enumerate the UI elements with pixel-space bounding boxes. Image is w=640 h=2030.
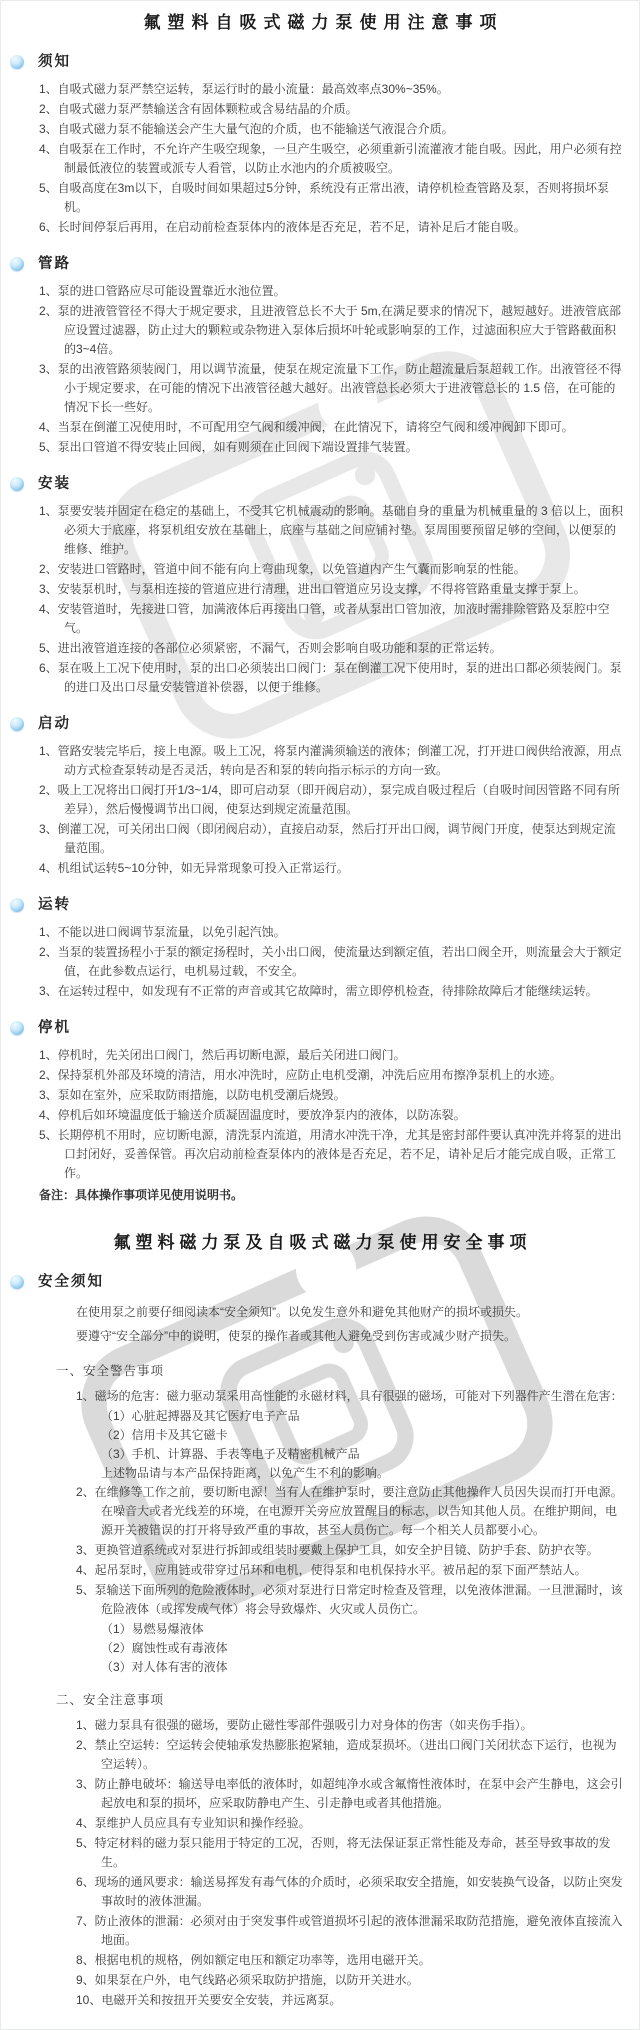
sub-item: （1）心脏起搏器及其它医疗电子产品 [101,1407,627,1426]
safety-group: 一、安全警告事项1、磁场的危害：磁力驱动泵采用高性能的永磁材料，具有很强的磁场，… [1,1362,639,1677]
list-item: 5、进出液管道连接的各部位必须紧密，不漏气，否则会影响自吸功能和泵的正常运转。 [39,639,627,658]
list-item: 2、保持泵机外部及环境的清洁，用水冲洗时，应防止电机受潮，冲洗后应用布擦净泵机上… [39,1066,627,1085]
group-heading: 二、安全注意事项 [56,1691,639,1709]
item-list: 1、停机时，先关闭出口阀门，然后再切断电源，最后关闭进口阀门。2、保持泵机外部及… [39,1046,627,1205]
section-header: 须知 [10,53,639,71]
list-item: 5、自吸高度在3m以下，自吸时间如果超过5分钟，系统没有正常出液，请停机检查管路… [39,179,627,217]
note-line: 备注：具体操作事项详见使用说明书。 [39,1186,627,1205]
list-item: 4、自吸泵在工作时，不允许产生吸空现象，一旦产生吸空，必须重新引流灌液才能自吸。… [39,140,627,178]
list-item: 6、长时间停泵后再用，在启动前检查泵体内的液体是否充足，若不足，请补足后才能自吸… [39,218,627,237]
safety-section: 安全须知 在使用泵之前要仔细阅读本“安全须知”。以免发生意外和避免其他财产的损坏… [1,1273,639,2029]
section-header: 运转 [10,896,639,914]
section-heading: 管路 [38,255,71,273]
list-item: 7、防止液体的泄漏：必须对由于突发事件或管道损坏引起的液体泄漏采取防范措施，避免… [76,1912,627,1950]
list-item: 8、根据电机的规格，例如额定电压和额定功率等，选用电磁开关。 [76,1951,627,1970]
list-item: 2、当泵的装置扬程小于泵的额定扬程时，关小出口阀，使流量达到额定值，若出口阀全开… [39,943,627,981]
section: 运转1、不能以进口阀调节泵流量，以免引起汽蚀。2、当泵的装置扬程小于泵的额定扬程… [1,896,639,1001]
section-bullet-icon [10,898,24,912]
list-item: 2、安装进口管路时，管道中间不能有向上弯曲现象，以免管道内产生气囊而影响泵的性能… [39,560,627,579]
list-item: 1、不能以进口阀调节泵流量，以免引起汽蚀。 [39,923,627,942]
list-item: 4、安装管道时，先接进口管，加满液体后再接出口管，或者从泵出口管加液，加液时需排… [39,600,627,638]
document-content: 氟塑料自吸式磁力泵使用注意事项 须知1、自吸式磁力泵严禁空运转，泵运行时的最小流… [1,11,639,2029]
section-heading: 运转 [38,896,71,914]
list-item: 3、倒灌工况，可关闭出口阀（即闭阀启动），直接启动泵，然后打开出口阀，调节阀门开… [39,820,627,858]
item-list: 1、泵的进口管路应尽可能设置靠近水池位置。2、泵的进液管管径不得大于规定要求，且… [39,282,627,457]
list-item: 1、磁场的危害：磁力驱动泵采用高性能的永磁材料，具有很强的磁场，可能对下列器件产… [76,1387,627,1406]
list-item: 6、泵在吸上工况下使用时，泵的出口必须装出口阀门：泵在倒灌工况下使用时，泵的进出… [39,659,627,697]
list-item: 2、禁止空运转：空运转会使轴承发热膨胀抱紧轴，造成泵损坏。（进出口阀门关闭状态下… [76,1736,627,1774]
sub-item: （3）对人体有害的液体 [101,1658,627,1677]
section-heading: 停机 [38,1019,71,1037]
list-item: 9、如果泵在户外，电气线路必须采取防护措施，以防开关进水。 [76,1971,627,1990]
sub-item: 上述物品请与本产品保持距离，以免产生不利的影响。 [101,1464,627,1483]
section-heading: 安全须知 [38,1273,104,1291]
safety-section-header: 安全须知 [10,1273,639,1291]
section-header: 启动 [10,715,639,733]
section: 安装1、泵要安装并固定在稳定的基础上，不受其它机械震动的影响。基础自身的重量为机… [1,475,639,697]
item-list: 1、不能以进口阀调节泵流量，以免引起汽蚀。2、当泵的装置扬程小于泵的额定扬程时，… [39,923,627,1001]
section-heading: 须知 [38,53,71,71]
list-item: 4、机组试运转5~10分钟，如无异常现象可投入正常运行。 [39,859,627,878]
safety-groups: 一、安全警告事项1、磁场的危害：磁力驱动泵采用高性能的永磁材料，具有很强的磁场，… [1,1362,639,2010]
list-item: 2、自吸式磁力泵严禁输送含有固体颗粒或含易结晶的介质。 [39,100,627,119]
section: 启动1、管路安装完毕后，接上电源。吸上工况，将泵内灌满须输送的液体；倒灌工况，打… [1,715,639,878]
doc1-title: 氟塑料自吸式磁力泵使用注意事项 [1,11,639,35]
list-item: 3、泵如在室外，应采取防雨措施，以防电机受潮后烧毁。 [39,1086,627,1105]
list-item: 5、泵输送下面所列的危险液体时，必须对泵进行日常定时检查及管理，以免液体泄漏。一… [76,1581,627,1619]
section-bullet-icon [10,1021,24,1035]
list-item: 3、安装泵机时，与泵相连接的管道应进行清理，进出口管道应另设支撑，不得将管路重量… [39,580,627,599]
section-bullet-icon [10,1275,24,1289]
list-item: 3、自吸式磁力泵不能输送会产生大量气泡的介质，也不能输送气液混合介质。 [39,120,627,139]
section: 管路1、泵的进口管路应尽可能设置靠近水池位置。2、泵的进液管管径不得大于规定要求… [1,255,639,457]
list-item: 2、在维修等工作之前，要切断电源！当有人在维护泵时，要注意防止其他操作人员因失误… [76,1483,627,1540]
list-item: 3、泵的出液管路须装阀门，用以调节流量，使泵在规定流量下工作，防止超流量后泵超载… [39,360,627,417]
doc1-sections: 须知1、自吸式磁力泵严禁空运转，泵运行时的最小流量：最高效率点30%~35%。2… [1,53,639,1205]
section-heading: 启动 [38,715,71,733]
group-item-list: 1、磁场的危害：磁力驱动泵采用高性能的永磁材料，具有很强的磁场，可能对下列器件产… [76,1387,627,1677]
list-item: 1、泵的进口管路应尽可能设置靠近水池位置。 [39,282,627,301]
list-item: 4、当泵在倒灌工况使用时，不可配用空气阀和缓冲阀，在此情况下，请将空气阀和缓冲阀… [39,418,627,437]
sub-item: （1）易燃易爆液体 [101,1620,627,1639]
section-bullet-icon [10,55,24,69]
section-bullet-icon [10,477,24,491]
intro-line: 要遵守“安全部分”中的说明，使泵的操作者或其他人避免受到伤害或减少财产损失。 [76,1324,627,1348]
list-item: 1、泵要安装并固定在稳定的基础上，不受其它机械震动的影响。基础自身的重量为机械重… [39,502,627,559]
safety-intro: 在使用泵之前要仔细阅读本“安全须知”。以免发生意外和避免其他财产的损坏或损失。要… [76,1300,627,1348]
section-heading: 安装 [38,475,71,493]
section-bullet-icon [10,257,24,271]
list-item: 3、防止静电破坏：输送导电率低的液体时，如超纯净水或含氟惰性液体时，在泵中会产生… [76,1775,627,1813]
section: 停机1、停机时，先关闭出口阀门，然后再切断电源，最后关闭进口阀门。2、保持泵机外… [1,1019,639,1205]
item-list: 1、自吸式磁力泵严禁空运转，泵运行时的最小流量：最高效率点30%~35%。2、自… [39,80,627,237]
list-item: 1、磁力泵具有很强的磁场，要防止磁性零部件强吸引力对身体的伤害（如夹伤手指）。 [76,1716,627,1735]
group-heading: 一、安全警告事项 [56,1362,639,1380]
doc2-title: 氟塑料磁力泵及自吸式磁力泵使用安全事项 [1,1231,639,1255]
sub-item: （3）手机、计算器、手表等电子及精密机械产品 [101,1445,627,1464]
list-item: 3、更换管道系统或对泵进行拆卸或组装时要戴上保护工具，如安全护目镜、防护手套、防… [76,1541,627,1560]
section-header: 管路 [10,255,639,273]
list-item: 4、泵维护人员应具有专业知识和操作经验。 [76,1814,627,1833]
list-item: 1、管路安装完毕后，接上电源。吸上工况，将泵内灌满须输送的液体；倒灌工况，打开进… [39,742,627,780]
list-item: 4、起吊泵时，应用链或带穿过吊环和电机，使得泵和电机保持水平。被吊起的泵下面严禁… [76,1561,627,1580]
sub-item: （2）腐蚀性或有毒液体 [101,1639,627,1658]
section-header: 安装 [10,475,639,493]
list-item: 5、泵出口管道不得安装止回阀，如有则须在止回阀下端设置排气装置。 [39,438,627,457]
intro-line: 在使用泵之前要仔细阅读本“安全须知”。以免发生意外和避免其他财产的损坏或损失。 [76,1300,627,1324]
section-header: 停机 [10,1019,639,1037]
list-item: 6、现场的通风要求：输送易挥发有毒气体的介质时，必须采取安全措施，如安装换气设备… [76,1873,627,1911]
list-item: 3、在运转过程中，如发现有不正常的声音或其它故障时，需立即停机检查，待排除故障后… [39,982,627,1001]
list-item: 2、吸上工况将出口阀打开1/3~1/4，即可启动泵（即开阀启动），泵完成自吸过程… [39,781,627,819]
list-item: 5、特定材料的磁力泵只能用于特定的工况，否则，将无法保证泵正常性能及寿命，甚至导… [76,1834,627,1872]
group-item-list: 1、磁力泵具有很强的磁场，要防止磁性零部件强吸引力对身体的伤害（如夹伤手指）。2… [76,1716,627,2010]
sub-item: （2）信用卡及其它磁卡 [101,1426,627,1445]
list-item: 1、停机时，先关闭出口阀门，然后再切断电源，最后关闭进口阀门。 [39,1046,627,1065]
list-item: 10、电磁开关和按扭开关要安全安装，并远离泵。 [76,1991,627,2010]
section-bullet-icon [10,717,24,731]
list-item: 4、停机后如环境温度低于输送介质凝固温度时，要放净泵内的液体，以防冻裂。 [39,1106,627,1125]
section: 须知1、自吸式磁力泵严禁空运转，泵运行时的最小流量：最高效率点30%~35%。2… [1,53,639,237]
item-list: 1、泵要安装并固定在稳定的基础上，不受其它机械震动的影响。基础自身的重量为机械重… [39,502,627,697]
list-item: 5、长期停机不用时，应切断电源，清洗泵内流道，用清水冲洗干净，尤其是密封部件要认… [39,1126,627,1183]
list-item: 2、泵的进液管管径不得大于规定要求，且进液管总长不大于 5m,在满足要求的情况下… [39,302,627,359]
item-list: 1、管路安装完毕后，接上电源。吸上工况，将泵内灌满须输送的液体；倒灌工况，打开进… [39,742,627,878]
safety-group: 二、安全注意事项1、磁力泵具有很强的磁场，要防止磁性零部件强吸引力对身体的伤害（… [1,1691,639,2010]
document-page: 氟塑料自吸式磁力泵使用注意事项 须知1、自吸式磁力泵严禁空运转，泵运行时的最小流… [0,0,640,2030]
list-item: 1、自吸式磁力泵严禁空运转，泵运行时的最小流量：最高效率点30%~35%。 [39,80,627,99]
